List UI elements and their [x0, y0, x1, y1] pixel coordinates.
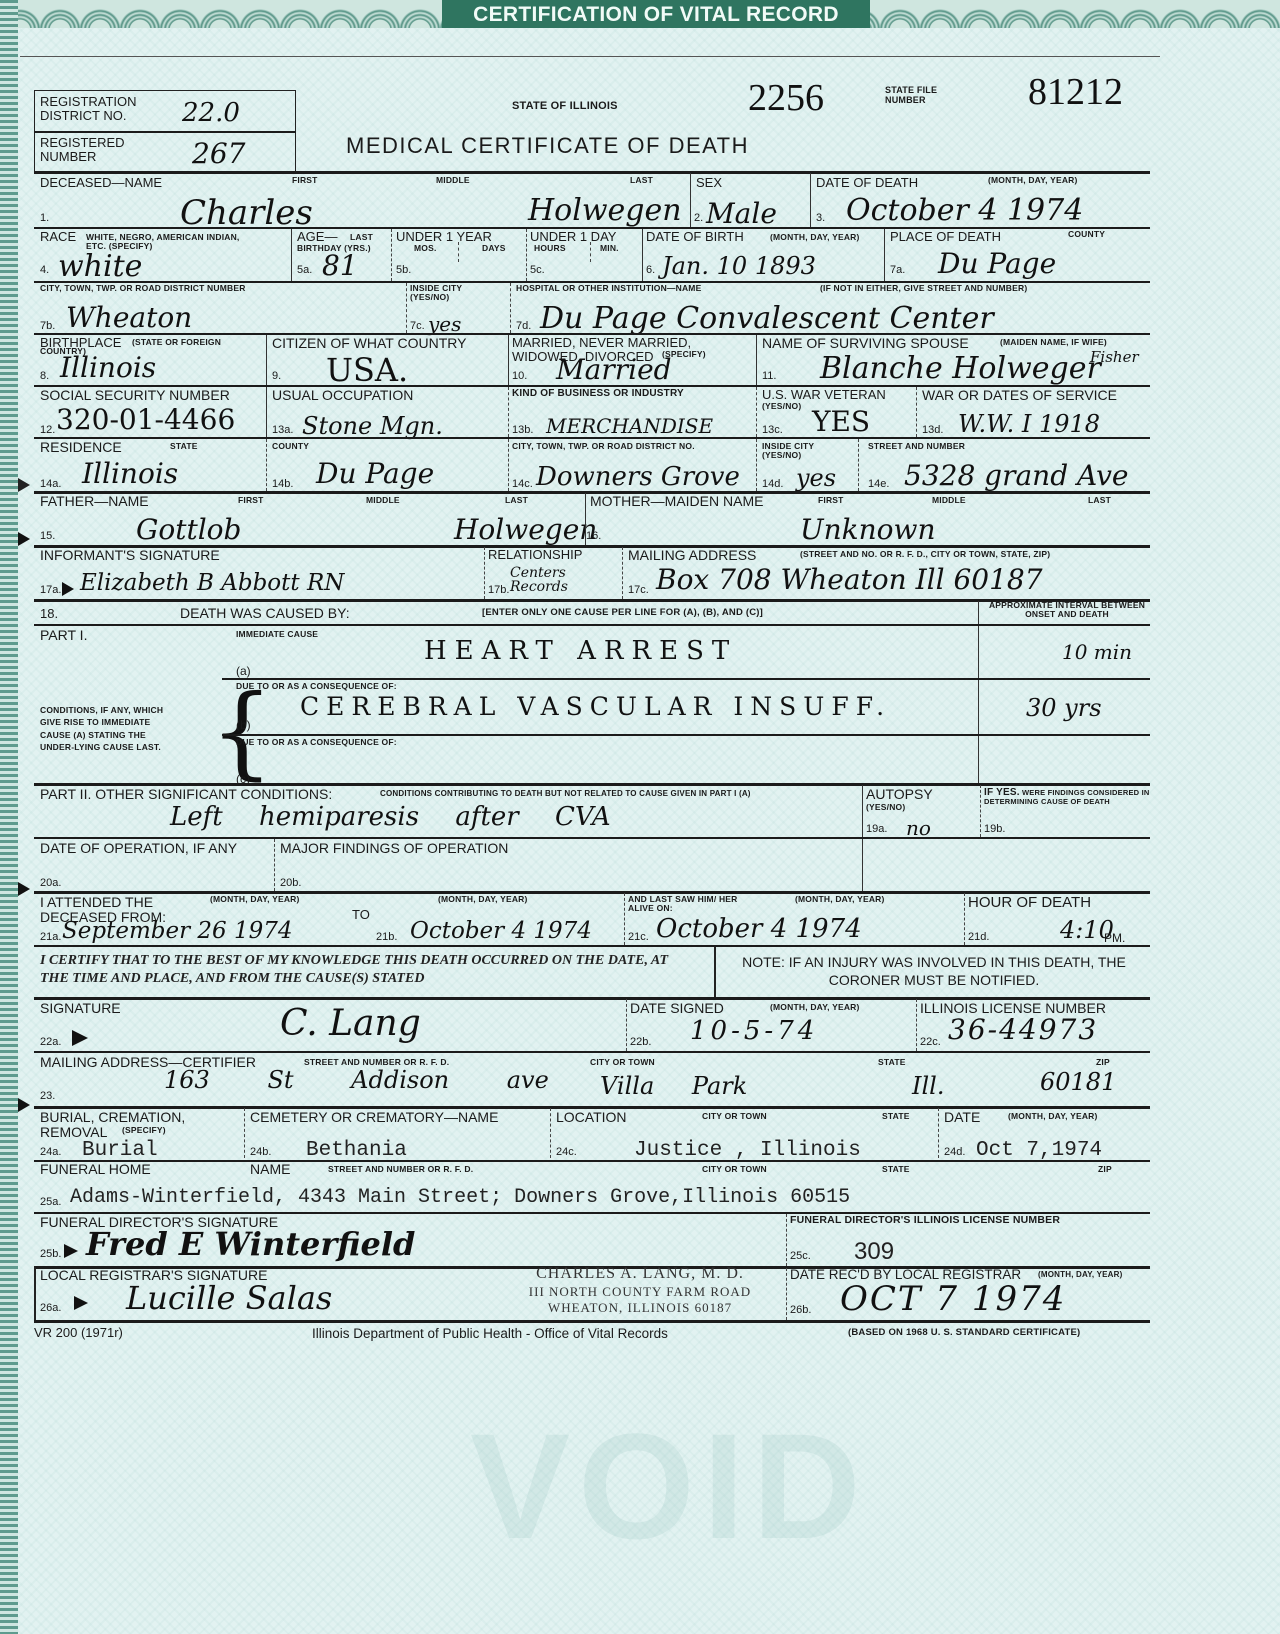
part-2-hint: CONDITIONS CONTRIBUTING TO DEATH BUT NOT…	[380, 790, 751, 799]
part-2-label: PART II. OTHER SIGNIFICANT CONDITIONS:	[40, 787, 332, 802]
registrar-date-value: OCT 7 1974	[840, 1282, 1066, 1316]
date-of-death-hint: (MONTH, DAY, YEAR)	[988, 176, 1078, 185]
registrar-signature: Lucille Salas	[126, 1282, 332, 1314]
informant-signature-label: INFORMANT'S SIGNATURE	[40, 548, 220, 563]
autopsy-label: AUTOPSY	[866, 787, 933, 802]
field-number: 9.	[272, 370, 281, 382]
under-1-year-label: UNDER 1 YEAR	[396, 230, 492, 244]
signature-arrow-icon	[64, 1244, 78, 1258]
stamp-line-3: WHEATON, ILLINOIS 60187	[500, 1300, 780, 1316]
certifier-zip-value: 60181	[1040, 1070, 1116, 1094]
form-title: MEDICAL CERTIFICATE OF DEATH	[346, 133, 749, 159]
business-value: MERCHANDISE	[546, 416, 713, 436]
residence-city-label: CITY, TOWN, TWP. OR ROAD DISTRICT NO.	[512, 442, 695, 451]
field-number: 24d.	[944, 1146, 965, 1158]
field-number: 7a.	[890, 264, 905, 276]
field-number: 14c.	[512, 478, 533, 490]
citizen-label: CITIZEN OF WHAT COUNTRY	[272, 336, 466, 351]
father-last-label: LAST	[505, 496, 528, 505]
field-number: 10.	[512, 370, 527, 382]
field-number: 25c.	[790, 1250, 811, 1262]
local-number: 2256	[748, 76, 824, 120]
disposition-date-label: DATE	[944, 1110, 980, 1125]
date-of-death-value: October 4 1974	[846, 196, 1083, 226]
field-number: 26a.	[40, 1302, 61, 1314]
certifier-signature: C. Lang	[280, 1006, 421, 1042]
death-cause-label: DEATH WAS CAUSED BY:	[180, 606, 350, 621]
date-of-birth-value: Jan. 10 1893	[662, 254, 816, 278]
months-label: MOS.	[414, 244, 437, 253]
attended-to-value: October 4 1974	[410, 920, 592, 943]
field-number: 25a.	[40, 1196, 61, 1208]
field-number: 14e.	[868, 478, 889, 490]
registrar-stamp: CHARLES A. LANG, M. D. III NORTH COUNTY …	[500, 1264, 780, 1317]
ssn-label: SOCIAL SECURITY NUMBER	[40, 388, 230, 403]
interval-label: APPROXIMATE INTERVAL BETWEEN ONSET AND D…	[982, 601, 1152, 620]
mother-first-label: FIRST	[818, 496, 844, 505]
informant-mailing-address: Box 708 Wheaton Ill 60187	[656, 566, 1043, 594]
residence-street-value: 5328 grand Ave	[904, 462, 1129, 490]
residence-inside-city-label: INSIDE CITY (YES/NO)	[762, 442, 832, 461]
field-number: 21b.	[376, 931, 397, 943]
war-service-label: WAR OR DATES OF SERVICE	[922, 388, 1117, 403]
field-number: 7b.	[40, 320, 55, 332]
citizen-value: USA.	[326, 354, 408, 386]
license-value: 36-44973	[948, 1016, 1098, 1044]
inside-city-value: yes	[428, 314, 461, 334]
under-1-day-label: UNDER 1 DAY	[530, 230, 616, 244]
father-label: FATHER—NAME	[40, 494, 149, 509]
residence-state-value: Illinois	[82, 460, 178, 488]
field-number: 19b.	[984, 823, 1005, 835]
field-number: 25b.	[40, 1248, 61, 1260]
state-file-number: 81212	[1028, 70, 1123, 114]
funeral-home-city-label: CITY OR TOWN	[702, 1165, 767, 1174]
residence-state-label: STATE	[170, 442, 198, 451]
marital-status-value: Married	[556, 356, 672, 384]
location-label: LOCATION	[556, 1110, 627, 1125]
state-file-label: STATE FILE NUMBER	[885, 86, 955, 106]
race-label: RACE	[40, 230, 76, 244]
field-number: 17b.	[488, 584, 509, 596]
field-number: 16.	[586, 530, 601, 542]
funeral-director-license-value: 309	[854, 1240, 894, 1264]
veteran-label: U.S. WAR VETERAN	[762, 388, 886, 402]
field-number: 15.	[40, 530, 55, 542]
field-number: 22b.	[630, 1036, 651, 1048]
field-number: 13c.	[762, 424, 783, 436]
department-name: Illinois Department of Public Health - O…	[312, 1326, 668, 1341]
mother-maiden-name: Unknown	[800, 516, 936, 544]
field-number: 18.	[40, 606, 58, 621]
spouse-hint: (MAIDEN NAME, IF WIFE)	[1000, 338, 1107, 347]
field-number: 20b.	[280, 877, 301, 889]
field-number: 22a.	[40, 1036, 61, 1048]
disposition-date-hint: (MONTH, DAY, YEAR)	[1008, 1112, 1098, 1121]
field-number: 21a.	[40, 931, 61, 943]
first-name-label: FIRST	[292, 176, 318, 185]
field-number: 24a.	[40, 1146, 61, 1158]
relationship-label: RELATIONSHIP	[488, 548, 582, 562]
residence-label: RESIDENCE	[40, 440, 122, 455]
field-number: 22c.	[920, 1036, 941, 1048]
to-label: TO	[352, 908, 370, 922]
informant-mailing-hint: (STREET AND NO. OR R. F. D., CITY OR TOW…	[800, 550, 1050, 559]
funeral-director-signature: Fred E Winterfield	[86, 1228, 415, 1260]
place-of-death-county: Du Page	[938, 250, 1056, 278]
guilloche-left-border	[0, 0, 18, 1634]
location-city-label: CITY OR TOWN	[702, 1112, 767, 1121]
hours-label: HOURS	[534, 244, 566, 253]
field-number: 20a.	[40, 877, 61, 889]
middle-name-label: MIDDLE	[436, 176, 470, 185]
cause-b-interval: 30 yrs	[1026, 696, 1102, 720]
father-last-name: Holwegen	[454, 516, 597, 544]
operation-findings-label: MAJOR FINDINGS OF OPERATION	[280, 841, 508, 856]
cemetery-value: Bethania	[306, 1140, 407, 1161]
hospital-hint: (IF NOT IN EITHER, GIVE STREET AND NUMBE…	[820, 284, 1027, 293]
last-name-label: LAST	[630, 176, 653, 185]
cause-b-value: CEREBRAL VASCULAR INSUFF.	[300, 694, 891, 719]
ssn-value: 320-01-4466	[56, 406, 235, 434]
registration-district-value: 22.0	[182, 100, 240, 126]
field-number: 11.	[762, 370, 776, 382]
business-label: KIND OF BUSINESS OR INDUSTRY	[512, 388, 684, 399]
field-number: 1.	[40, 212, 49, 224]
certifier-state-value: Ill.	[912, 1074, 944, 1098]
cause-a-interval: 10 min	[1062, 642, 1132, 662]
residence-inside-city-value: yes	[796, 466, 836, 490]
part-2-value: Left hemiparesis after CVA	[170, 804, 611, 830]
residence-street-label: STREET AND NUMBER	[868, 442, 965, 451]
field-number: 5c.	[530, 264, 545, 276]
veteran-value: YES	[812, 408, 870, 436]
date-signed-label: DATE SIGNED	[630, 1001, 724, 1016]
field-number: 7d.	[516, 320, 531, 332]
last-seen-hint: (MONTH, DAY, YEAR)	[795, 895, 885, 904]
certification-banner: CERTIFICATION OF VITAL RECORD	[442, 0, 870, 28]
spouse-label: NAME OF SURVIVING SPOUSE	[762, 336, 969, 351]
field-number: 13a.	[272, 424, 293, 436]
birthplace-value: Illinois	[60, 354, 156, 382]
date-signed-value: 10-5-74	[690, 1018, 818, 1044]
funeral-home-street-label: STREET AND NUMBER OR R. F. D.	[328, 1165, 473, 1174]
father-middle-label: MIDDLE	[366, 496, 400, 505]
field-number: 23.	[40, 1090, 55, 1102]
field-number: 17a.	[40, 584, 61, 596]
deceased-last-name: Holwegen	[528, 196, 682, 226]
hour-of-death-label: HOUR OF DEATH	[968, 895, 1091, 911]
field-number: 17c.	[628, 584, 649, 596]
death-cause-hint: [ENTER ONLY ONE CAUSE PER LINE FOR (a), …	[482, 608, 763, 618]
immediate-cause-label: IMMEDIATE CAUSE	[236, 630, 318, 639]
informant-mailing-label: MAILING ADDRESS	[628, 548, 756, 563]
field-number: 6.	[646, 264, 655, 276]
date-of-death-label: DATE OF DEATH	[816, 176, 918, 190]
field-number: 13b.	[512, 424, 533, 436]
sex-value: Male	[706, 200, 777, 228]
residence-county-label: COUNTY	[272, 442, 309, 451]
certifier-signature-label: SIGNATURE	[40, 1001, 121, 1016]
field-number: 19a.	[866, 823, 887, 835]
funeral-home-value: Adams-Winterfield, 4343 Main Street; Dow…	[70, 1188, 850, 1208]
registered-number-value: 267	[192, 140, 245, 168]
informant-signature: Elizabeth B Abbott RN	[80, 572, 344, 595]
place-of-death-label: PLACE OF DEATH	[890, 230, 1001, 244]
brace-icon: {	[210, 682, 274, 782]
city-value: Wheaton	[66, 304, 192, 332]
autopsy-hint: (YES/NO)	[866, 803, 905, 812]
cause-a-value: HEART ARREST	[424, 638, 737, 664]
stamp-line-2: III NORTH COUNTY FARM ROAD	[500, 1284, 780, 1300]
field-number: 5b.	[396, 264, 411, 276]
signature-arrow-icon	[74, 1296, 88, 1310]
hospital-value: Du Page Convalescent Center	[540, 304, 994, 334]
funeral-director-license-label: FUNERAL DIRECTOR'S ILLINOIS LICENSE NUMB…	[790, 1215, 1060, 1227]
void-watermark: VOID	[470, 1400, 869, 1573]
county-label: COUNTY	[1068, 230, 1105, 239]
field-number: 24c.	[556, 1146, 577, 1158]
certifier-city-label: CITY OR TOWN	[590, 1058, 655, 1067]
certification-statement: I CERTIFY THAT TO THE BEST OF MY KNOWLED…	[40, 952, 700, 987]
registered-number-label: REGISTERED NUMBER	[40, 136, 140, 163]
due-to-label-c: DUE TO OR AS A CONSEQUENCE OF:	[236, 738, 397, 747]
stamp-line-1: CHARLES A. LANG, M. D.	[500, 1264, 780, 1284]
autopsy-value: no	[906, 818, 931, 838]
veteran-hint: (YES/NO)	[762, 402, 801, 411]
field-number: 4.	[40, 264, 49, 276]
operation-date-label: DATE OF OPERATION, IF ANY	[40, 841, 237, 856]
deceased-first-name: Charles	[180, 196, 313, 230]
disposition-method-hint: (SPECIFY)	[122, 1126, 166, 1135]
age-label: AGE—	[297, 230, 337, 244]
registration-district-label: REGISTRATION DISTRICT NO.	[40, 95, 150, 122]
location-value: Justice , Illinois	[634, 1140, 861, 1161]
hour-of-death-suffix: PM.	[1104, 932, 1125, 945]
funeral-home-zip-label: ZIP	[1098, 1165, 1112, 1174]
disposition-date-value: Oct 7,1974	[976, 1140, 1102, 1161]
signature-arrow-icon	[62, 582, 74, 596]
mother-middle-label: MIDDLE	[932, 496, 966, 505]
due-to-label-b: DUE TO OR AS A CONSEQUENCE OF:	[236, 682, 397, 691]
form-id: VR 200 (1971r)	[34, 1326, 123, 1340]
location-state-label: STATE	[882, 1112, 910, 1121]
funeral-home-name-label: NAME	[250, 1162, 290, 1177]
state-label: STATE OF ILLINOIS	[512, 100, 618, 112]
disposition-method-value: Burial	[82, 1140, 158, 1161]
field-number: 2.	[694, 212, 703, 224]
field-number: 14d.	[762, 478, 783, 490]
conditions-label: CONDITIONS, IF ANY, WHICH GIVE RISE TO I…	[40, 704, 176, 753]
part-1-label: PART I.	[40, 628, 87, 643]
field-number: 26b.	[790, 1304, 811, 1316]
age-value: 81	[322, 252, 358, 280]
date-of-birth-label: DATE OF BIRTH	[646, 230, 744, 244]
occupation-label: USUAL OCCUPATION	[272, 388, 413, 403]
field-number: 21d.	[968, 931, 989, 943]
mother-label: MOTHER—MAIDEN NAME	[590, 494, 763, 509]
last-seen-value: October 4 1974	[656, 916, 862, 942]
spouse-value: Blanche Holweger	[820, 354, 1101, 384]
coroner-note: NOTE: IF AN INJURY WAS INVOLVED IN THIS …	[724, 953, 1144, 989]
sex-label: SEX	[696, 176, 722, 190]
attended-from-value: September 26 1974	[62, 920, 293, 943]
certifier-city-value: Villa Park	[600, 1074, 747, 1098]
inside-city-label: INSIDE CITY (YES/NO)	[410, 284, 480, 303]
relationship-value: Centers Records	[510, 566, 600, 594]
field-number: 8.	[40, 370, 49, 382]
field-number: 5a.	[297, 264, 312, 276]
cause-b-label: (b)	[236, 718, 251, 732]
findings-label: IF YES. WERE FINDINGS CONSIDERED IN DETE…	[984, 787, 1150, 806]
date-signed-hint: (MONTH, DAY, YEAR)	[770, 1003, 860, 1012]
last-seen-label: AND LAST SAW HIM/ HER ALIVE ON:	[628, 895, 738, 914]
field-number: 24b.	[250, 1146, 271, 1158]
date-of-birth-hint: (MONTH, DAY, YEAR)	[770, 233, 860, 242]
certifier-state-label: STATE	[878, 1058, 906, 1067]
field-number: 12.	[40, 424, 55, 436]
signature-arrow-icon	[72, 1030, 88, 1046]
certifier-street-value: 163 St Addison ave	[164, 1068, 549, 1092]
age-hint-last: LAST	[350, 233, 373, 242]
field-number: 13d.	[922, 424, 943, 436]
minutes-label: MIN.	[600, 244, 619, 253]
mother-last-label: LAST	[1088, 496, 1111, 505]
field-number: 7c.	[410, 320, 425, 332]
war-service-value: W.W. I 1918	[958, 412, 1100, 436]
hospital-label: HOSPITAL OR OTHER INSTITUTION—NAME	[516, 284, 701, 293]
field-number: 21c.	[628, 931, 649, 943]
residence-city-value: Downers Grove	[536, 464, 740, 490]
funeral-home-label: FUNERAL HOME	[40, 1162, 151, 1177]
field-number: 14a.	[40, 478, 61, 490]
standard-note: (BASED ON 1968 U. S. STANDARD CERTIFICAT…	[848, 1328, 1080, 1338]
field-number: 3.	[816, 212, 825, 224]
attended-to-hint: (MONTH, DAY, YEAR)	[438, 895, 528, 904]
certifier-zip-label: ZIP	[1096, 1058, 1110, 1067]
days-label: DAYS	[482, 244, 506, 253]
cemetery-label: CEMETERY OR CREMATORY—NAME	[250, 1110, 498, 1125]
deceased-name-label: DECEASED—NAME	[40, 176, 162, 190]
father-first-name: Gottlob	[136, 516, 241, 544]
funeral-home-state-label: STATE	[882, 1165, 910, 1174]
occupation-value: Stone Mgn.	[302, 414, 443, 438]
attended-from-hint: (MONTH, DAY, YEAR)	[210, 895, 300, 904]
father-first-label: FIRST	[238, 496, 264, 505]
race-value: white	[58, 252, 142, 282]
residence-county-value: Du Page	[316, 460, 434, 488]
field-number: 14b.	[272, 478, 293, 490]
city-label: CITY, TOWN, TWP. OR ROAD DISTRICT NUMBER	[40, 284, 246, 293]
